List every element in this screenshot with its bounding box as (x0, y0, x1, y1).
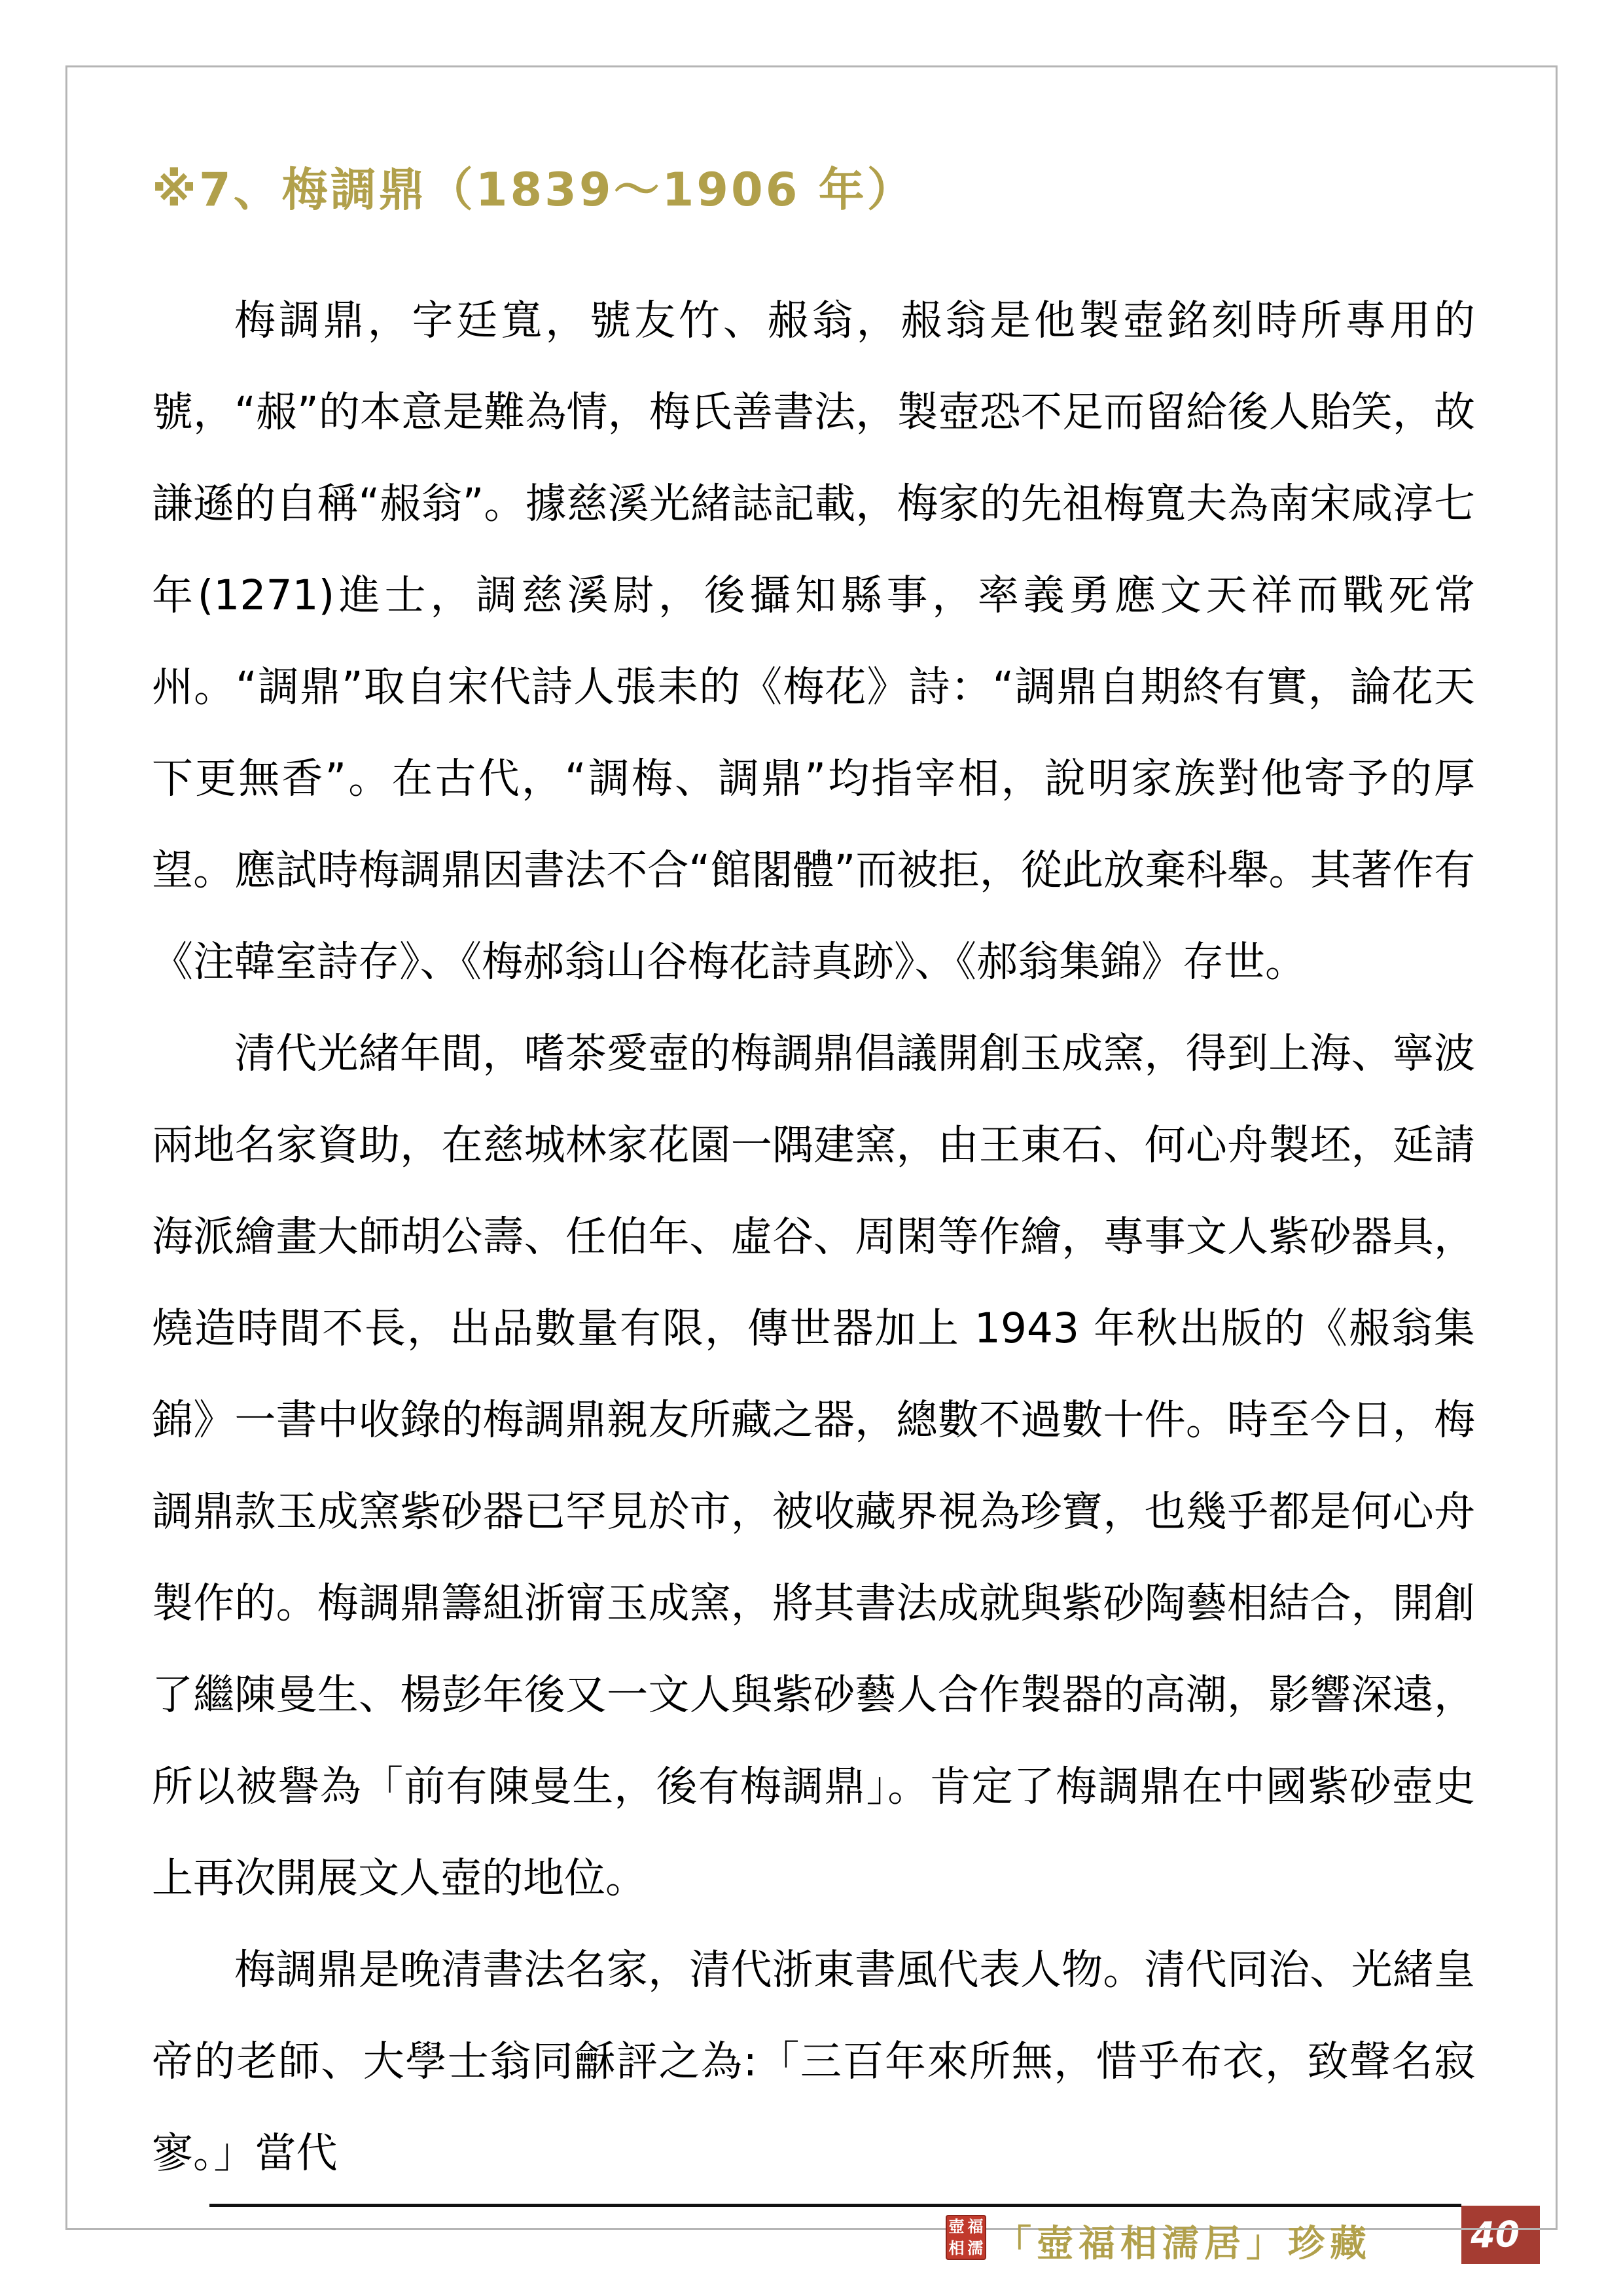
collection-seal-stamp-icon: 壺 福 相 濡 (946, 2215, 986, 2260)
paragraph-3: 梅調鼎是晚清書法名家，清代浙東書風代表人物。清代同治、光緒皇帝的老師、大學士翁同… (152, 1924, 1475, 2199)
page-number: 40 (1470, 2214, 1520, 2257)
seal-char: 福 (968, 2219, 984, 2234)
seal-char: 相 (949, 2240, 965, 2256)
page-number-badge: 40 (1461, 2206, 1540, 2264)
collection-label: 「壺福相濡居」珍藏 (995, 2215, 1372, 2267)
paragraph-1: 梅調鼎，字廷寬，號友竹、赧翁，赧翁是他製壺銘刻時所專用的號，“赧”的本意是難為情… (152, 275, 1475, 1008)
seal-char: 壺 (949, 2219, 965, 2234)
document-body: 梅調鼎，字廷寬，號友竹、赧翁，赧翁是他製壺銘刻時所專用的號，“赧”的本意是難為情… (152, 275, 1475, 2199)
paragraph-2: 清代光緒年間，嗜茶愛壺的梅調鼎倡議開創玉成窯，得到上海、寧波兩地名家資助，在慈城… (152, 1008, 1475, 1924)
footer-divider-rule (209, 2204, 1461, 2207)
section-title: ※7、梅調鼎（1839～1906 年） (152, 165, 916, 215)
seal-char: 濡 (968, 2240, 984, 2256)
document-page: { "document": { "title": "※7、梅調鼎（1839～19… (0, 0, 1623, 2296)
